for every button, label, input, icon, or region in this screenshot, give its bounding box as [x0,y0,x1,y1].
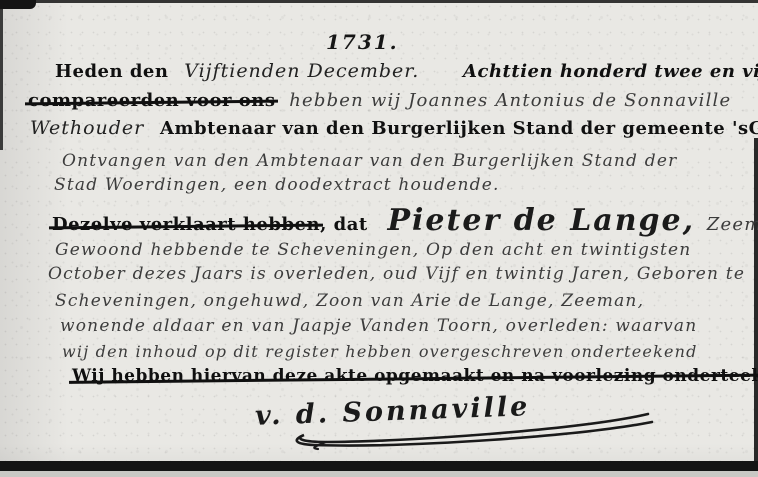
printed-text: Achttien honderd twee en vijftig , [463,61,758,82]
page-edge-mark-top [0,0,758,3]
printed-text: , dat [320,214,368,235]
handwritten-text: hebben wij Joannes Antonius de Sonnavill… [289,90,731,111]
signature-flourish-icon [280,408,660,454]
document-line: compareerden voor ons hebben wij Joannes… [28,90,731,111]
handwritten-text: wonende aldaar en van Jaapje Vanden Toor… [60,316,697,336]
record-number: 1731. [326,30,399,54]
handwritten-text: Zeeman [707,214,758,235]
struck-printed-text: Wij hebben hiervan deze akte opgemaakt e… [72,366,758,386]
handwritten-text: wij den inhoud op dit register hebben ov… [62,342,698,361]
page-edge-mark-bottom [0,461,758,471]
document-line: Wethouder Ambtenaar van den Burgerlijken… [30,117,758,139]
struck-printed-text: compareerden voor ons [28,90,275,111]
document-line: October dezes Jaars is overleden, oud Vi… [48,264,745,284]
document-line: Heden den Vijftienden December. Achttien… [55,60,758,82]
page-edge-fade-bottom [0,471,758,477]
handwritten-text: October dezes Jaars is overleden, oud Vi… [48,264,745,284]
handwritten-text: Gewoond hebbende te Scheveningen, Op den… [55,240,691,260]
page-edge-mark-left [0,0,3,150]
document-line: wij den inhoud op dit register hebben ov… [62,342,698,361]
handwritten-text: Stad Woerdingen, een doodextract houdend… [54,175,500,195]
record-number-text: 1731. [326,30,399,54]
page-edge-mark-right [754,138,758,477]
handwritten-text: Scheveningen, ongehuwd, Zoon van Arie de… [55,291,644,311]
document-line: Dezelve verklaart hebben, dat Pieter de … [52,203,758,238]
printed-text: Ambtenaar van den Burgerlijken Stand der… [160,118,758,139]
document-line: Gewoond hebbende te Scheveningen, Op den… [55,240,691,260]
deceased-name: Pieter de Lange, [387,203,695,238]
document-line: Stad Woerdingen, een doodextract houdend… [54,175,500,195]
printed-text: Heden den [55,61,168,82]
handwritten-text: Vijftienden December. [184,60,419,82]
handwritten-text: Wethouder [30,117,144,139]
document-line: wonende aldaar en van Jaapje Vanden Toor… [60,316,697,336]
handwritten-text: Ontvangen van den Ambtenaar van den Burg… [62,151,677,171]
struck-printed-text: Dezelve verklaart hebben [52,214,320,235]
document-line: Wij hebben hiervan deze akte opgemaakt e… [72,366,758,386]
scanned-death-record-page: 1731. Heden den Vijftienden December. Ac… [0,0,758,477]
page-edge-mark-top-left [0,0,36,9]
document-line: Ontvangen van den Ambtenaar van den Burg… [62,151,677,171]
document-line: Scheveningen, ongehuwd, Zoon van Arie de… [55,291,644,311]
